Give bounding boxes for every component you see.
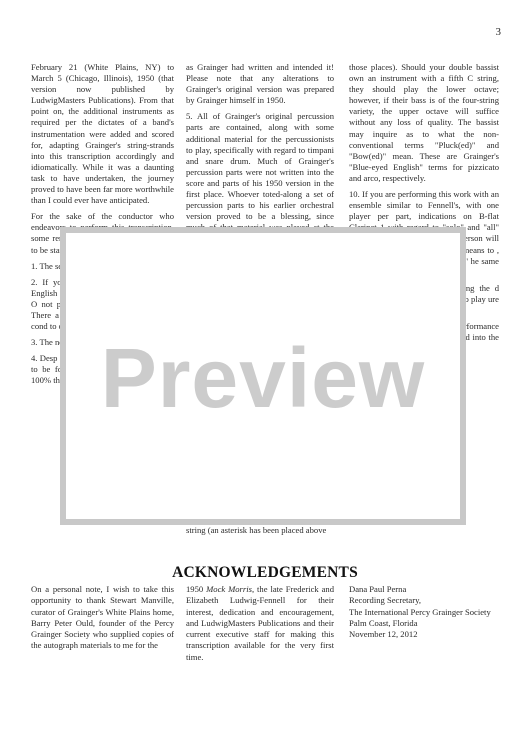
signature-name: Dana Paul Perna (349, 584, 509, 595)
acknowledgements-heading: ACKNOWLEDGEMENTS (0, 564, 530, 582)
paragraph: February 21 (White Plains, NY) to March … (31, 62, 174, 206)
ack-rest: , the late Frederick and Elizabeth Ludwi… (186, 584, 334, 662)
ack-prefix: 1950 (186, 584, 206, 594)
signature-date: November 12, 2012 (349, 629, 509, 640)
acknowledgements-column-1: On a personal note, I wish to take this … (31, 584, 174, 652)
text-column-2: as Grainger had written and intended it!… (186, 62, 334, 250)
signature-block: Dana Paul Perna Recording Secretary, The… (349, 584, 509, 640)
signature-organization: The International Percy Grainger Society (349, 607, 509, 618)
page-number: 3 (496, 26, 502, 38)
signature-title: Recording Secretary, (349, 595, 509, 606)
paragraph: those places). Should your double bassis… (349, 62, 499, 184)
acknowledgements-column-2: 1950 Mock Morris, the late Frederick and… (186, 584, 334, 663)
paragraph: 5. All of Grainger's original percussion… (186, 111, 334, 244)
signature-location: Palm Coast, Florida (349, 618, 509, 629)
preview-watermark-overlay: Preview (60, 227, 466, 525)
preview-watermark-text: Preview (66, 330, 460, 427)
paragraph: as Grainger had written and intended it!… (186, 62, 334, 106)
work-title: Mock Morris (206, 584, 252, 594)
